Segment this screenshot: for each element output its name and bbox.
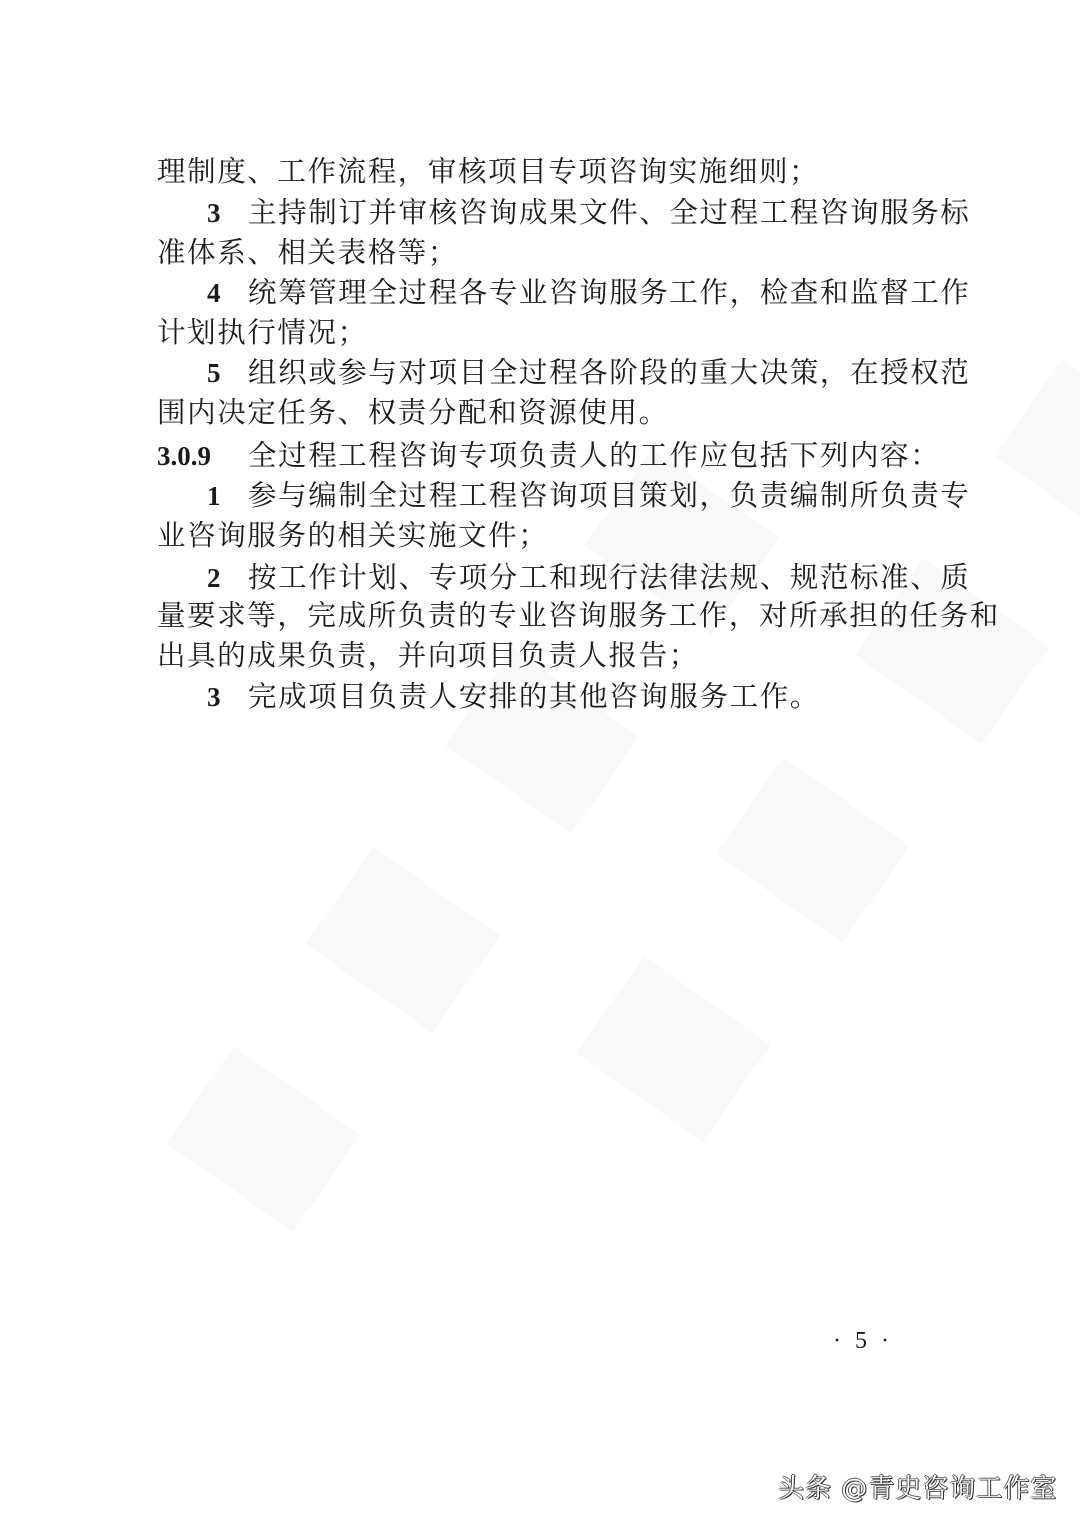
line-text: 计划执行情况；	[157, 316, 368, 349]
line-text: 业咨询服务的相关实施文件；	[157, 519, 548, 552]
list-item-5: 5组织或参与对项目全过程各阶段的重大决策，在授权范	[207, 353, 970, 393]
line-text: 统筹管理全过程各专业咨询服务工作，检查和监督工作	[248, 276, 970, 309]
clause-number: 3.0.9	[157, 436, 248, 476]
line-text: 量要求等，完成所负责的专业咨询服务工作，对所承担的任务和	[157, 599, 1000, 632]
clause-3-0-9: 3.0.9全过程工程咨询专项负责人的工作应包括下列内容：	[157, 436, 940, 476]
item-number: 3	[207, 677, 248, 717]
text-line: 计划执行情况；	[157, 313, 368, 353]
line-text: 组织或参与对项目全过程各阶段的重大决策，在授权范	[248, 356, 970, 389]
document-page: ▇ ▇ ▇ ▇ ▇ ▇ ▇ ▇ ▇ 理制度、工作流程，审核项目专项咨询实施细则；…	[0, 0, 1080, 1530]
text-line: 理制度、工作流程，审核项目专项咨询实施细则；	[157, 152, 819, 192]
line-text: 准体系、相关表格等；	[157, 236, 458, 269]
line-text: 出具的成果负责，并向项目负责人报告；	[157, 639, 699, 672]
text-line: 围内决定任务、权责分配和资源使用。	[157, 393, 669, 433]
item-number: 3	[207, 193, 248, 233]
line-text: 全过程工程咨询专项负责人的工作应包括下列内容：	[248, 439, 940, 472]
list-item-3: 3主持制订并审核咨询成果文件、全过程工程咨询服务标	[207, 193, 970, 233]
list-item-2: 2按工作计划、专项分工和现行法律法规、规范标准、质	[207, 558, 970, 598]
item-number: 5	[207, 353, 248, 393]
line-text: 按工作计划、专项分工和现行法律法规、规范标准、质	[248, 561, 970, 594]
item-number: 1	[207, 476, 248, 516]
item-number: 4	[207, 273, 248, 313]
list-item-1: 1参与编制全过程工程咨询项目策划，负责编制所负责专	[207, 476, 970, 516]
text-line: 量要求等，完成所负责的专业咨询服务工作，对所承担的任务和	[157, 596, 1000, 636]
line-text: 完成项目负责人安排的其他咨询服务工作。	[248, 680, 820, 713]
line-text: 围内决定任务、权责分配和资源使用。	[157, 396, 669, 429]
text-line: 出具的成果负责，并向项目负责人报告；	[157, 636, 699, 676]
page-number: · 5 ·	[833, 1328, 893, 1355]
list-item-4: 4统筹管理全过程各专业咨询服务工作，检查和监督工作	[207, 273, 970, 313]
item-number: 2	[207, 558, 248, 598]
text-line: 准体系、相关表格等；	[157, 233, 458, 273]
source-watermark: 头条 @青史咨询工作室	[778, 1468, 1057, 1505]
text-line: 业咨询服务的相关实施文件；	[157, 516, 548, 556]
list-item-3b: 3完成项目负责人安排的其他咨询服务工作。	[207, 677, 820, 717]
line-text: 理制度、工作流程，审核项目专项咨询实施细则；	[157, 155, 819, 188]
line-text: 主持制订并审核咨询成果文件、全过程工程咨询服务标	[248, 196, 970, 229]
line-text: 参与编制全过程工程咨询项目策划，负责编制所负责专	[248, 479, 970, 512]
